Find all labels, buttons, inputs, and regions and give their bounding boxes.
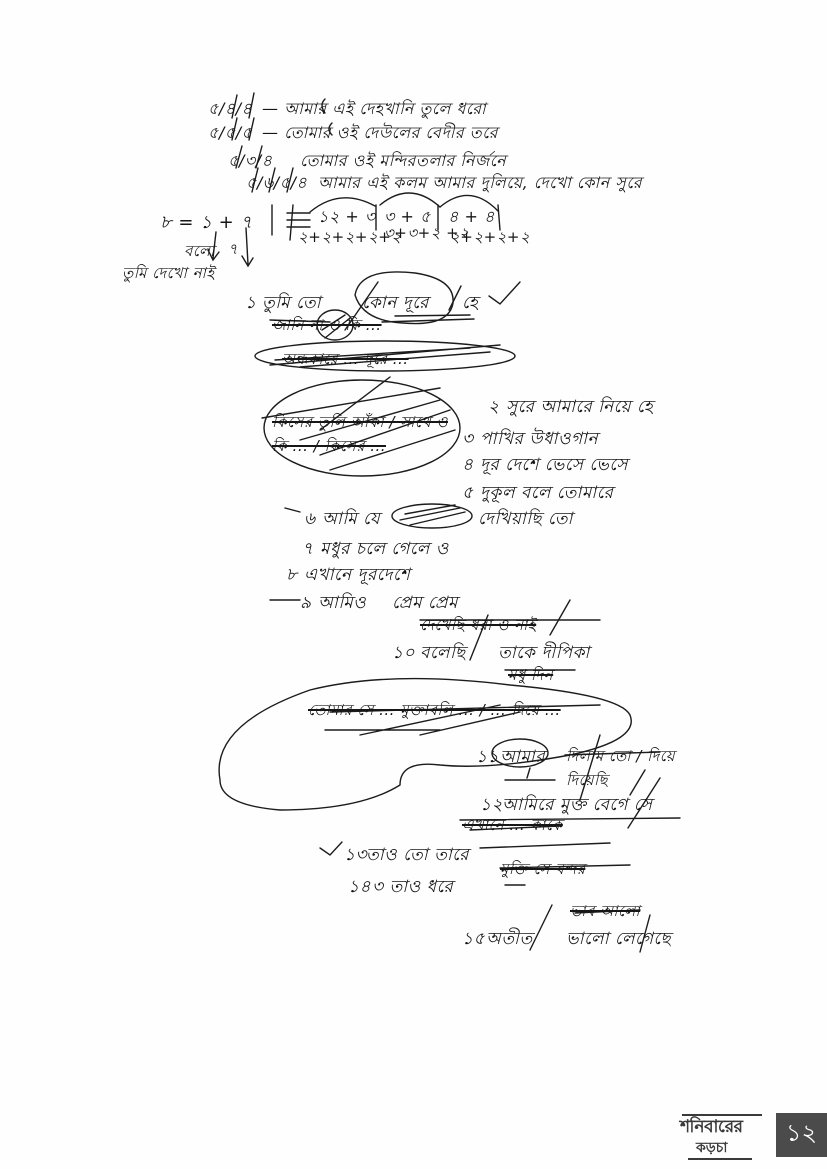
line-tail: দিলাম তো / দিয়ে দিয়েছি bbox=[566, 744, 676, 792]
struck-line: দেখেছি ধরা ও নাই bbox=[420, 614, 536, 639]
line-number: ১ bbox=[245, 290, 257, 318]
line-text: দূর দেশে ভেসে ভেসে bbox=[480, 452, 628, 480]
line-14: ১৪ bbox=[348, 874, 371, 902]
line-text: দুকূল বলে তোমারে bbox=[480, 480, 613, 508]
struck-line: অন্ধকারে ... দূরে ... bbox=[282, 348, 409, 373]
line-5: ৫ bbox=[462, 480, 474, 508]
logo-underline bbox=[688, 1158, 752, 1160]
line-11: ১১ bbox=[476, 744, 499, 772]
margin-note: তুমি দেখো নাই bbox=[122, 262, 215, 287]
line-text: অতীত bbox=[486, 926, 533, 954]
header-line-text: আমার এই কলম আমার দুলিয়ে, দেখো কোন সুরে bbox=[318, 170, 642, 197]
line-9: ৯ bbox=[300, 590, 312, 618]
line-text: ৩ তাও ধরে bbox=[372, 874, 453, 902]
line-4: ৪ bbox=[462, 452, 474, 480]
publication-logo: শনিবারের কড়চা bbox=[676, 1106, 768, 1162]
line-text: তাও তো তারে bbox=[366, 842, 469, 870]
manuscript-page: ৫/৪/৪ — আমার এই দেহখানি তুলে ধরো ৫/৫/৫ —… bbox=[0, 0, 827, 1169]
page-number: ১২ bbox=[786, 1115, 817, 1155]
line-7: ৭ bbox=[302, 536, 314, 564]
struck-line: জানি না ও কি ... bbox=[272, 314, 382, 339]
line-text: পাখির উধাওগান bbox=[480, 426, 598, 454]
line-2: ২ bbox=[488, 394, 500, 422]
page-number-badge: ১২ bbox=[776, 1113, 827, 1157]
header-line-text: — আমার এই দেহখানি তুলে ধরো bbox=[262, 96, 486, 123]
line-13: ১৩ bbox=[344, 842, 367, 870]
struck-block: কিসের তুলি আঁকা / সাথে ও কি ... / কিসের … bbox=[272, 410, 452, 458]
line-tail: হে bbox=[462, 290, 478, 318]
line-text: মধুর চলে গেলে ও bbox=[320, 536, 449, 564]
line-text: বলেছি bbox=[420, 640, 466, 668]
header-line-date: ৫/৬/৫/৪ bbox=[246, 170, 307, 197]
struck-line: এখানে ... কাকে bbox=[462, 814, 563, 839]
line-15: ১৫ bbox=[462, 926, 485, 954]
line-text: সুরে আমারে নিয়ে হে bbox=[506, 394, 653, 422]
line-text: আমিও bbox=[318, 590, 366, 618]
rhythm-equation: ৮ = ১ + ৭ bbox=[160, 208, 253, 239]
logo-line-2: কড়চা bbox=[696, 1136, 727, 1160]
line-10: ১০ bbox=[392, 640, 415, 668]
struck-block: তোমার সে ... মুক্তাবলি ... / ... দিয়ে .… bbox=[308, 698, 608, 722]
struck-line: মধু দিন bbox=[508, 664, 553, 689]
line-text: আমি যে bbox=[322, 506, 380, 534]
line-6: ৬ bbox=[304, 506, 316, 534]
header-line-text: — তোমার ওই দেউলের বেদীর তরে bbox=[262, 120, 498, 147]
struck-line: মুক্তি সে বন্দর bbox=[500, 858, 585, 883]
circled-text: আমার bbox=[500, 744, 545, 772]
struck-line: ভাব আলো bbox=[570, 900, 640, 925]
header-line-date: ৫/৫/৫ bbox=[208, 120, 252, 147]
line-3: ৩ bbox=[462, 426, 474, 454]
line-tail: ভালো লেগেছে bbox=[566, 926, 671, 954]
header-line-date: ৫/৪/৪ bbox=[208, 96, 252, 123]
line-tail: দেখিয়াছি তো bbox=[478, 506, 573, 534]
arrow-annotation: ৭ bbox=[228, 238, 238, 263]
line-text: এখানে দূরদেশে bbox=[304, 562, 410, 590]
line-8: ৮ bbox=[286, 562, 298, 590]
rhythm-subgroup: ২+২+২+২ bbox=[450, 226, 530, 251]
